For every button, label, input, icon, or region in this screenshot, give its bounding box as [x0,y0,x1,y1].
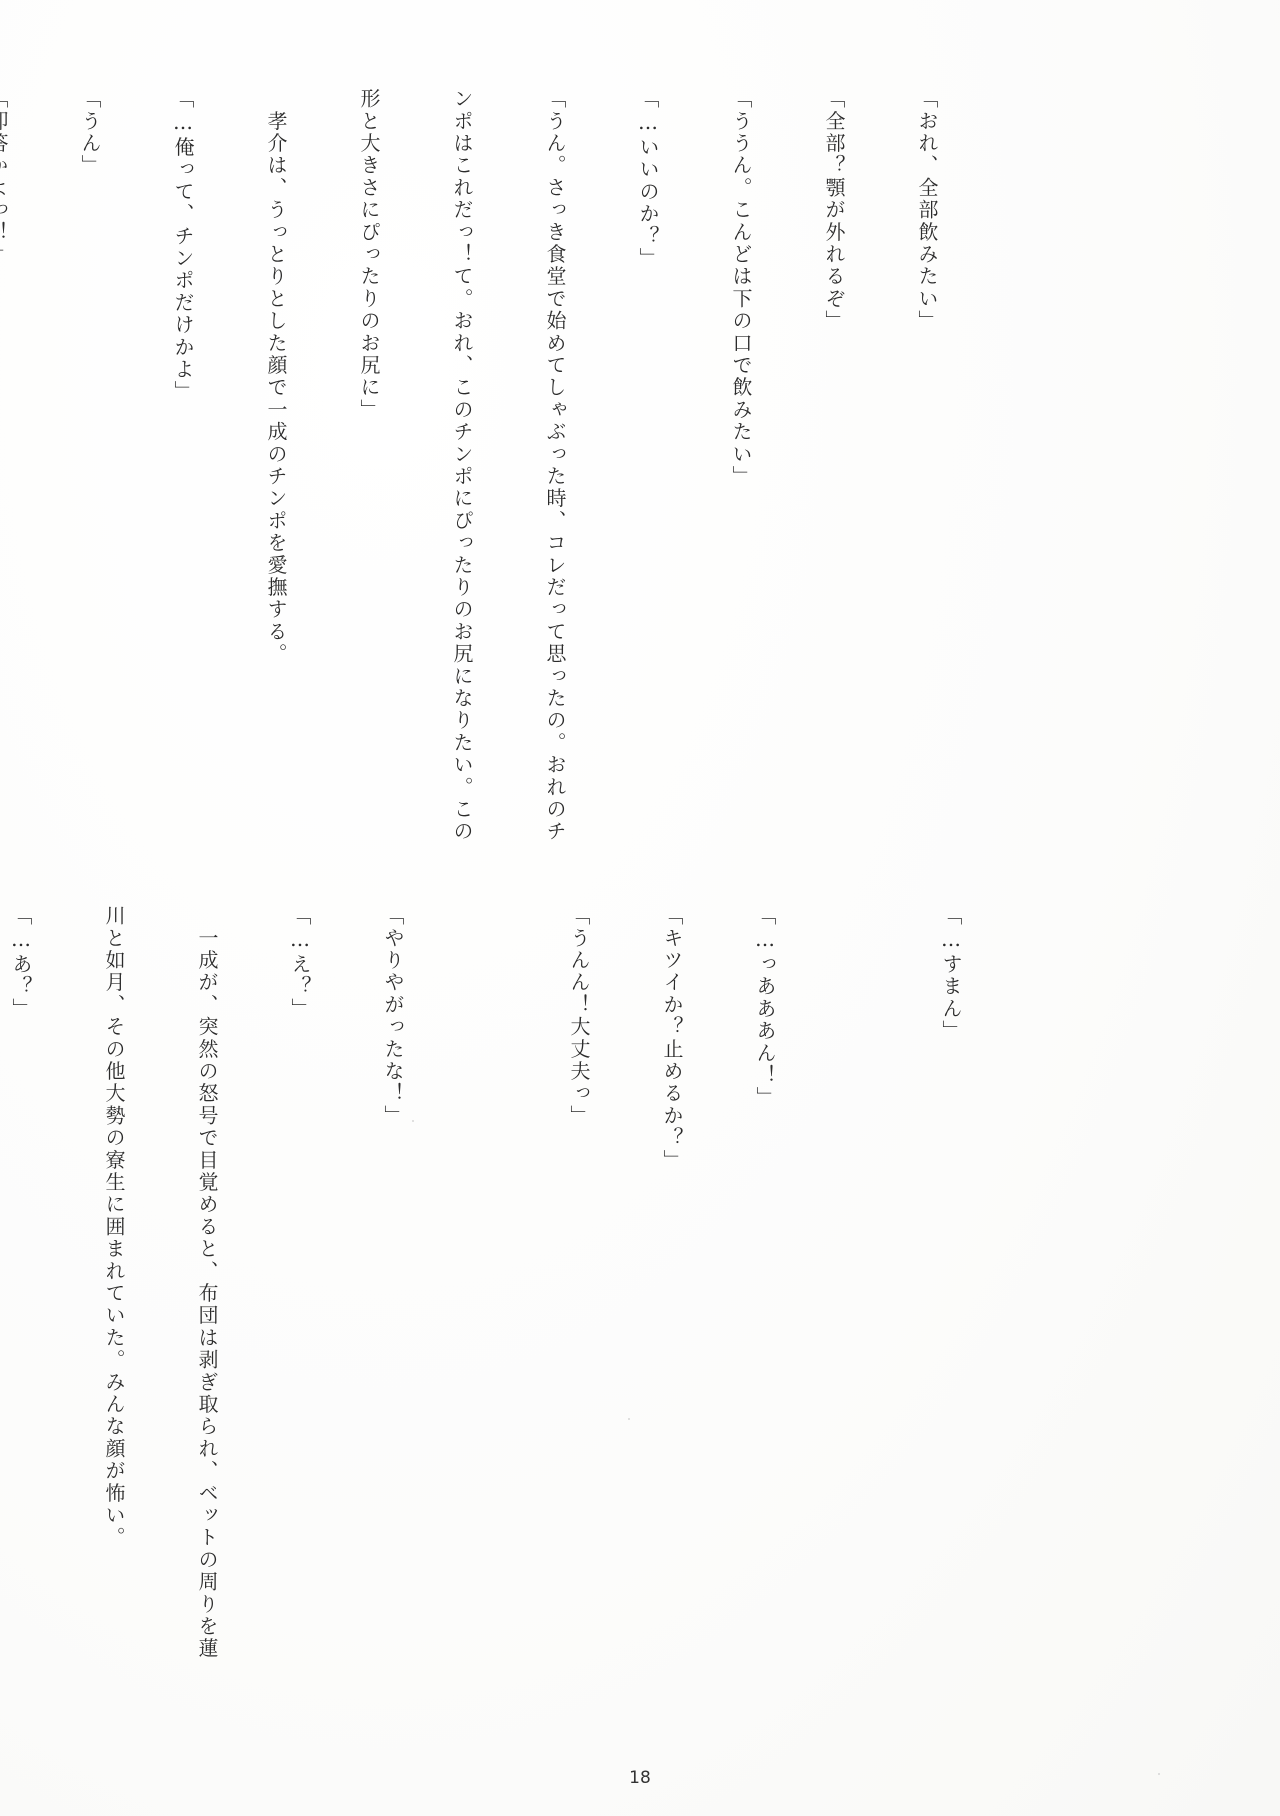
text-line: 「うん」 [74,88,105,828]
text-line: 「全部？顎が外れるぞ」 [818,88,849,828]
text-line: 「…あ？」 [5,905,36,1665]
lower-text-block: 「…すまん」 「…っあああん！」 「キツイか？止めるか？」 「うんん！大丈夫っ」… [0,905,1028,1665]
text-line: 「うんん！大丈夫っ」 [563,905,594,1665]
scan-artifact [1158,1773,1160,1775]
text-line: 「…いいのか？」 [632,88,663,828]
text-line: 「うん。さっき食堂で始めてしゃぶった時、コレだって思ったの。おれのチ [539,88,570,828]
text-line: 「ううん。こんどは下の口で飲みたい」 [725,88,756,828]
upper-text-block: 「おれ、全部飲みたい」 「全部？顎が外れるぞ」 「ううん。こんどは下の口で飲みた… [0,88,1004,828]
text-line: 「…え？」 [284,905,315,1665]
text-line: 孝介は、うっとりとした顔で一成のチンポを愛撫する。 [260,88,291,828]
text-line: 「…俺って、チンポだけかよ」 [167,88,198,828]
text-line: 「…すまん」 [935,905,966,1665]
text-line: 「おれ、全部飲みたい」 [911,88,942,828]
blank-line [470,905,501,1665]
text-line: 「やりやがったな！」 [377,905,408,1665]
blank-line [842,905,873,1665]
scan-artifact [412,1120,414,1122]
text-line: 「キツイか？止めるか？」 [656,905,687,1665]
text-line: 一成が、突然の怒号で目覚めると、布団は剥ぎ取られ、ベットの周りを蓮 [191,905,222,1665]
text-line: 「…っあああん！」 [749,905,780,1665]
page-number: 18 [0,1768,1280,1788]
text-line: 川と如月、その他大勢の寮生に囲まれていた。みんな顔が怖い。 [98,905,129,1665]
scan-artifact [628,1418,630,1420]
text-line: 「即答かよっ！」 [0,88,12,828]
document-page: 「おれ、全部飲みたい」 「全部？顎が外れるぞ」 「ううん。こんどは下の口で飲みた… [0,0,1280,1816]
text-line: ンポはこれだっ！て。おれ、このチンポにぴったりのお尻になりたい。この [446,88,477,828]
text-line: 形と大きさにぴったりのお尻に」 [353,88,384,828]
